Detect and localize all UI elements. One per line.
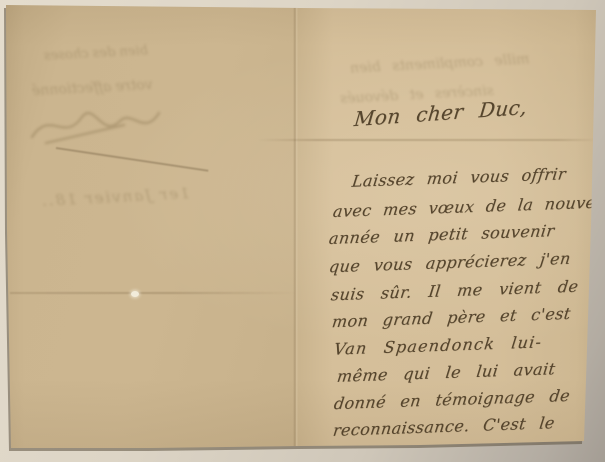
edge-smudge <box>588 429 603 434</box>
letter-paper: bien des choses votre affectionné 1er Ja… <box>0 0 605 462</box>
vertical-fold-crease <box>293 6 298 446</box>
bleedthrough-signature-flourish <box>28 103 163 148</box>
paper-fleck <box>131 291 139 297</box>
horizontal-crease-right-page <box>258 139 598 141</box>
horizontal-crease-left-page <box>10 292 296 294</box>
scanned-letter-photo: bien des choses votre affectionné 1er Ja… <box>0 0 605 462</box>
